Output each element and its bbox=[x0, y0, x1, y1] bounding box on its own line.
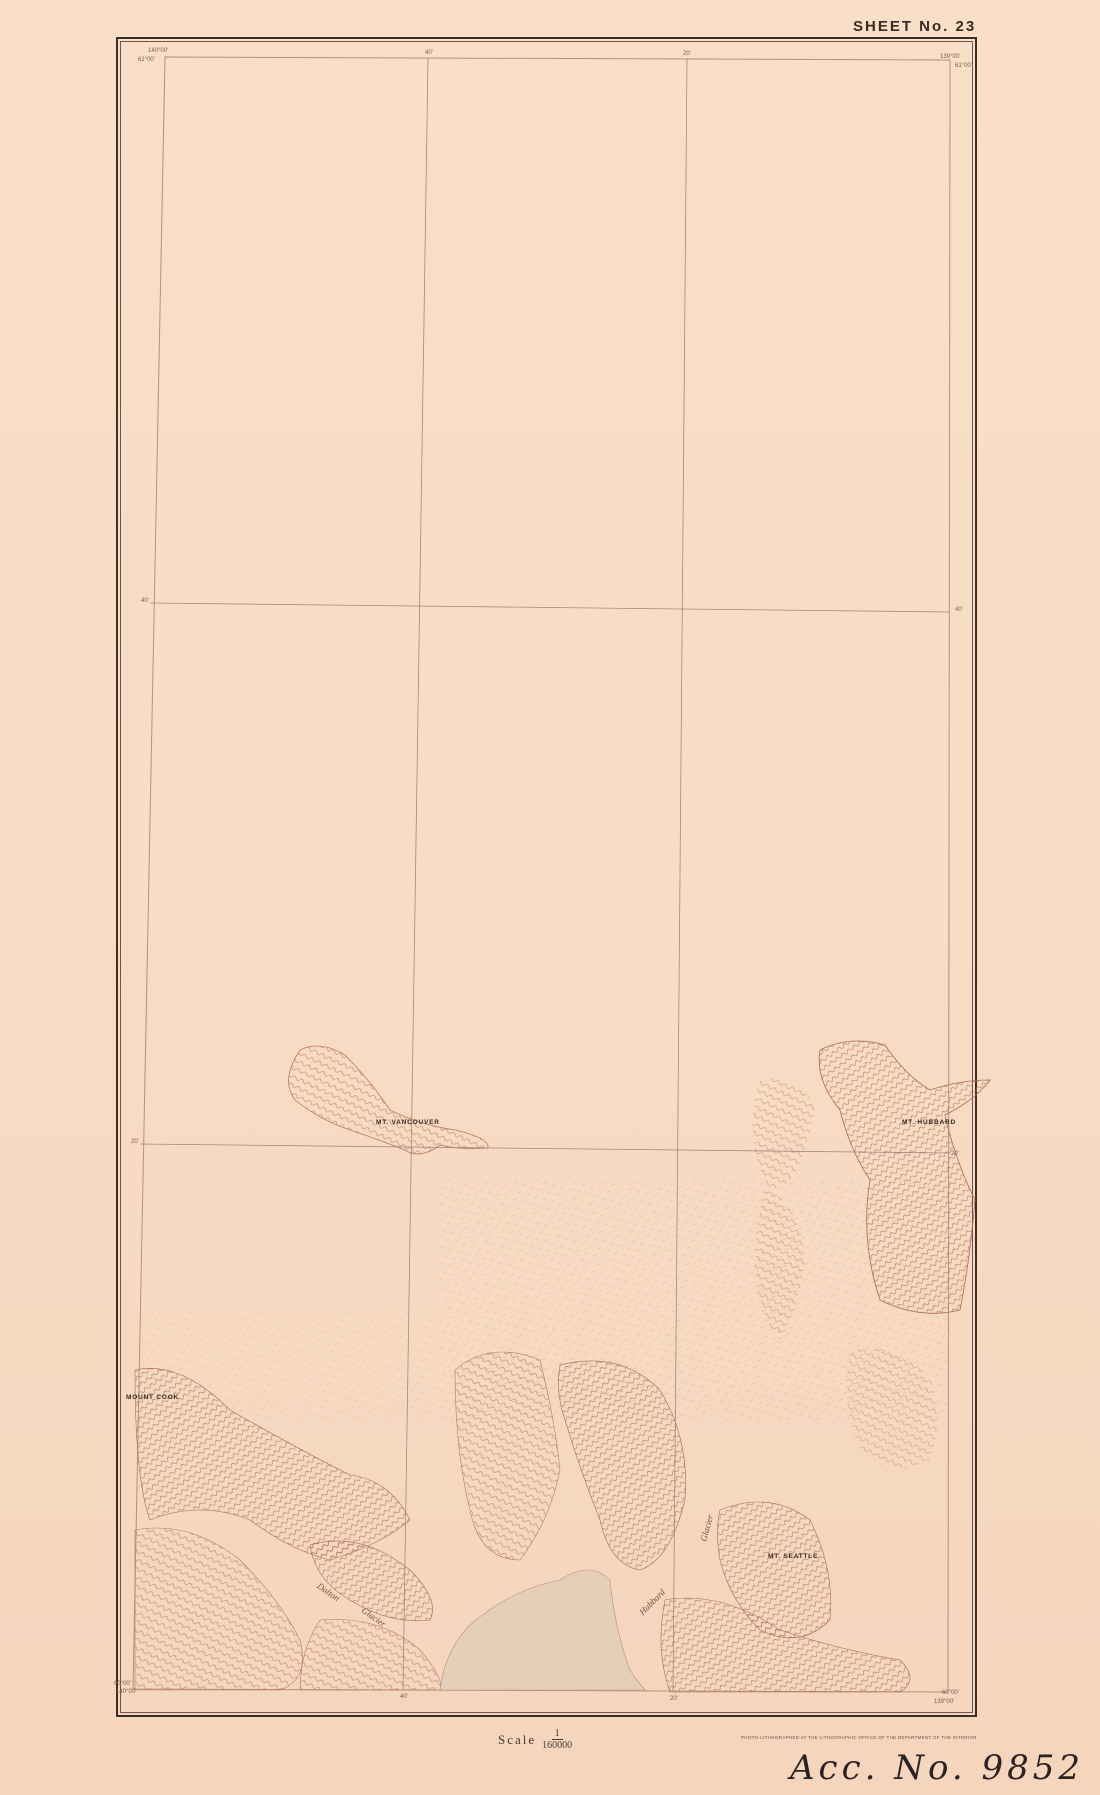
scale-label: Scale bbox=[498, 1732, 536, 1748]
grid-label-bottom-40: 40' bbox=[400, 1694, 408, 1700]
peak-label-mount-cook: MOUNT COOK bbox=[126, 1394, 179, 1401]
corner-label-bottom-right-lon: 139°00' bbox=[934, 1699, 954, 1705]
hubbard-west-ridge bbox=[753, 1078, 816, 1188]
corner-label-top-right-lon: 139°00' bbox=[940, 54, 960, 60]
south-central-range bbox=[300, 1619, 441, 1690]
scale-numerator: 1 bbox=[552, 1728, 563, 1740]
corner-label-top-right-lat: 61°00' bbox=[955, 63, 972, 69]
grid-label-right-lower: 20' bbox=[951, 1151, 959, 1157]
sw-range bbox=[135, 1528, 303, 1690]
peak-label-mt-hubbard: MT. HUBBARD bbox=[902, 1119, 956, 1126]
grid-label-left-upper: 40' bbox=[141, 598, 149, 604]
scale-indicator: Scale 1 160000 bbox=[498, 1728, 572, 1751]
corner-label-bottom-left-lat: 60°00' bbox=[114, 1681, 131, 1687]
map-canvas bbox=[0, 0, 1100, 1795]
grid-label-bottom-20: 20' bbox=[670, 1696, 678, 1702]
scale-denominator: 160000 bbox=[542, 1740, 572, 1751]
scale-fraction: 1 160000 bbox=[542, 1728, 572, 1751]
grid-label-top-40: 40' bbox=[425, 50, 433, 56]
grid-label-top-20: 20' bbox=[683, 51, 691, 57]
peak-label-mt-vancouver: MT. VANCOUVER bbox=[376, 1119, 440, 1126]
central-range-a bbox=[455, 1352, 560, 1560]
mt-vancouver-terrain bbox=[289, 1046, 489, 1154]
corner-label-bottom-left-lon: 140°00' bbox=[116, 1689, 136, 1695]
corner-label-bottom-right-lat: 60°00' bbox=[942, 1690, 959, 1696]
grid-label-left-lower: 20' bbox=[131, 1139, 139, 1145]
corner-label-top-left-lat: 61°00' bbox=[138, 57, 155, 63]
bay-water bbox=[440, 1570, 645, 1690]
grid-label-right-upper: 40' bbox=[955, 607, 963, 613]
peak-label-mt-seattle: MT. SEATTLE bbox=[768, 1553, 818, 1560]
lithograph-credit: PHOTO-LITHOGRAPHED AT THE LITHOGRAPHIC O… bbox=[741, 1735, 977, 1740]
accession-number: Acc. No. 9852 bbox=[790, 1748, 1084, 1788]
corner-label-top-left-lon: 140°00' bbox=[148, 48, 168, 54]
